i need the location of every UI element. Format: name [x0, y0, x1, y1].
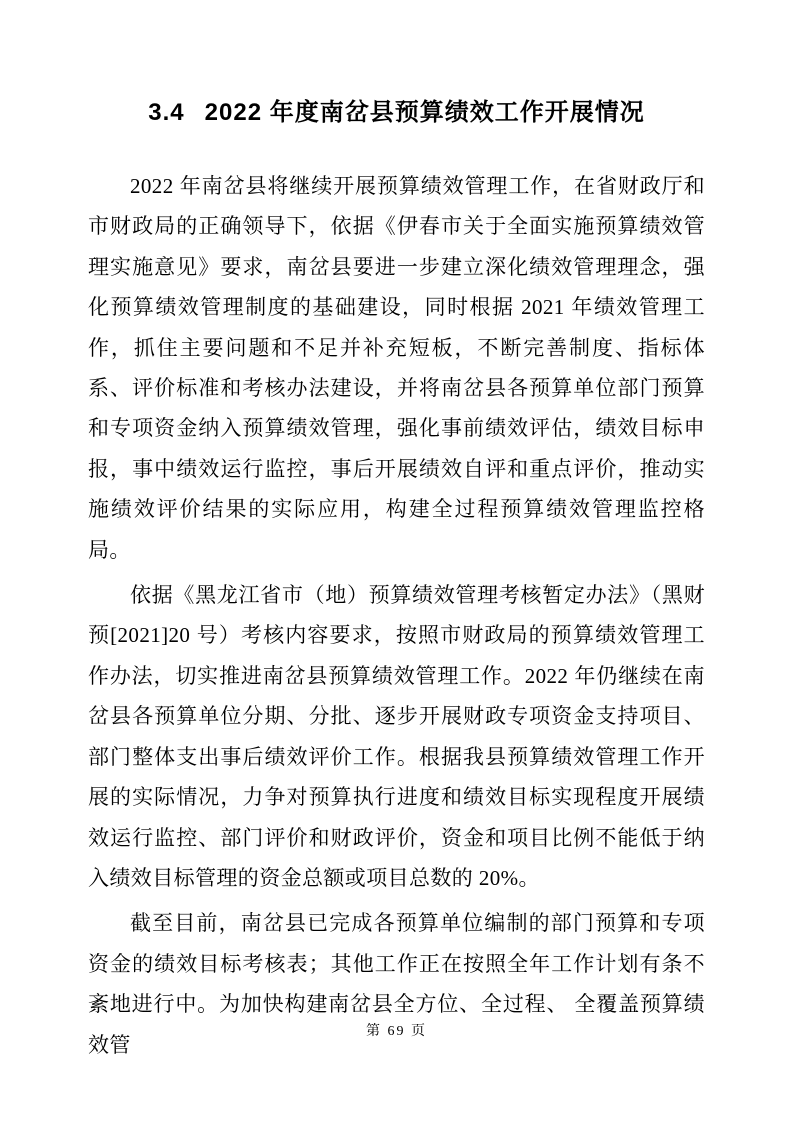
section-title-text: 2022 年度南岔县预算绩效工作开展情况 [205, 99, 645, 126]
page-content: 3.42022 年度南岔县预算绩效工作开展情况 2022 年南岔县将继续开展预算… [0, 0, 793, 1065]
section-number: 3.4 [148, 99, 184, 126]
paragraph-2: 依据《黑龙江省市（地）预算绩效管理考核暂定办法》（黑财预[2021]20 号）考… [88, 575, 705, 898]
paragraph-1: 2022 年南岔县将继续开展预算绩效管理工作，在省财政厅和市财政局的正确领导下，… [88, 166, 705, 570]
document-page: 3.42022 年度南岔县预算绩效工作开展情况 2022 年南岔县将继续开展预算… [0, 0, 793, 1122]
page-number: 第 69 页 [0, 1020, 793, 1040]
paragraph-3: 截至目前，南岔县已完成各预算单位编制的部门预算和专项资金的绩效目标考核表；其他工… [88, 903, 705, 1065]
section-heading: 3.42022 年度南岔县预算绩效工作开展情况 [88, 96, 705, 130]
